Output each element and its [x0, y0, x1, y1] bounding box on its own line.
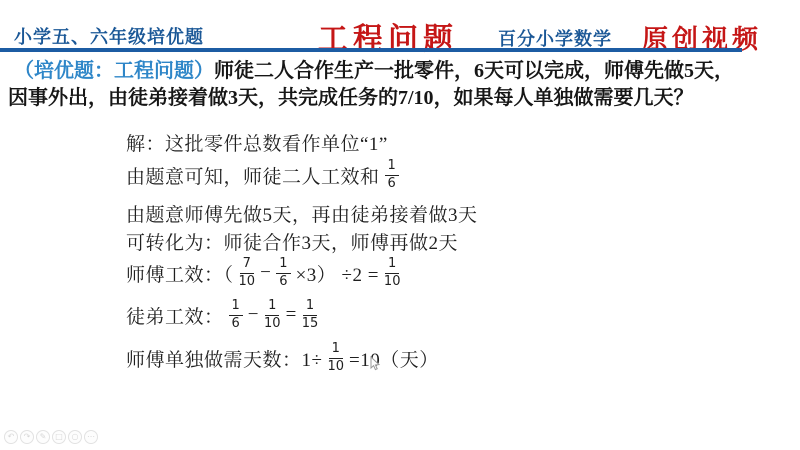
problem-line-2: 因事外出，由徒弟接着做3天，共完成任务的7/10，如果每人单独做需要几天？	[0, 85, 800, 112]
text-segment: 解：这批零件总数看作单位“1”	[126, 129, 388, 156]
text-segment: 天可以完成，师傅先做	[484, 60, 684, 82]
fraction-numerator: 1	[265, 299, 279, 315]
fraction-denominator: 6	[232, 316, 240, 331]
fraction-denominator: 10	[239, 274, 256, 289]
text-segment: 5	[684, 60, 694, 82]
fraction: 16	[385, 159, 399, 191]
header-divider	[0, 48, 742, 52]
annotation-toolbar: ↶ ↷ ✎ □ ○ ⋯	[4, 430, 98, 444]
keyboard-icon[interactable]: □	[52, 430, 66, 444]
course-level-title: 小学五、六年级培优题	[14, 23, 204, 49]
solution-line-efficiency-sum: 由题意可知，师徒二人工效和16	[126, 157, 404, 193]
fraction: 16	[276, 257, 290, 289]
text-segment: 3	[228, 87, 238, 109]
fraction-denominator: 10	[264, 316, 281, 331]
text-segment: 师傅单独做需天数：1÷	[126, 345, 322, 372]
fraction: 115	[302, 299, 319, 331]
text-segment: −	[260, 262, 271, 284]
fraction-denominator: 6	[388, 176, 396, 191]
redo-icon[interactable]: ↷	[20, 430, 34, 444]
lesson-slide: { "colors":{ "header_blue":"#1A5796", "h…	[0, 0, 800, 450]
problem-statement: （培优题：工程问题）师徒二人合作生产一批零件，6天可以完成，师傅先做5天， 因事…	[0, 58, 800, 112]
text-segment: 徒弟工效：	[126, 302, 224, 329]
fraction-denominator: 10	[384, 274, 401, 289]
fraction-denominator: 15	[302, 316, 319, 331]
fraction: 110	[327, 342, 344, 374]
fraction-denominator: 6	[279, 274, 287, 289]
undo-icon[interactable]: ↶	[4, 430, 18, 444]
text-segment: 可转化为：师徒合作3天，师傅再做2天	[126, 228, 458, 255]
solution-line-apprentice-rate: 徒弟工效：16−110=115	[126, 295, 323, 335]
text-segment: ，如果每人单独做需要几天？	[434, 87, 694, 109]
fraction-numerator: 1	[229, 299, 243, 315]
fraction: 110	[264, 299, 281, 331]
text-segment: 师徒二人合作生产一批零件，	[214, 60, 474, 82]
pen-icon[interactable]: ✎	[36, 430, 50, 444]
text-segment: 天，共完成任务的	[238, 87, 398, 109]
text-segment: 6	[474, 60, 484, 82]
text-segment: −	[248, 304, 259, 326]
text-segment: ×3） ÷2 =	[296, 260, 379, 287]
solution-line-master-days: 师傅单独做需天数：1÷110=10（天）	[126, 337, 439, 379]
fraction-numerator: 1	[303, 299, 317, 315]
text-segment: =	[286, 304, 297, 326]
text-segment: 由题意师傅先做5天，再由徒弟接着做3天	[126, 200, 478, 227]
mouse-cursor	[370, 356, 381, 371]
fraction: 710	[239, 257, 256, 289]
text-segment: 7/10	[398, 87, 434, 109]
solution-line-master-rate: 师傅工效：（710−16×3） ÷2 =110	[126, 252, 405, 294]
solution-line-given-days: 由题意师傅先做5天，再由徒弟接着做3天	[126, 200, 478, 227]
fraction: 16	[229, 299, 243, 331]
text-segment: 因事外出，由徒弟接着做	[8, 87, 228, 109]
fraction-numerator: 1	[385, 159, 399, 175]
solution-line-unit: 解：这批零件总数看作单位“1”	[126, 129, 388, 156]
fraction-numerator: 1	[276, 257, 290, 273]
text-segment: =10（天）	[349, 345, 439, 372]
fraction-denominator: 10	[327, 359, 344, 374]
fraction-numerator: 1	[329, 342, 343, 358]
problem-line-1: （培优题：工程问题）师徒二人合作生产一批零件，6天可以完成，师傅先做5天，	[0, 58, 800, 85]
fraction-numerator: 1	[385, 257, 399, 273]
more-icon[interactable]: ⋯	[84, 430, 98, 444]
solution-line-transform: 可转化为：师徒合作3天，师傅再做2天	[126, 228, 458, 255]
text-segment: 师傅工效：（	[126, 260, 234, 287]
text-segment: 天，	[694, 60, 734, 82]
zoom-icon[interactable]: ○	[68, 430, 82, 444]
fraction: 110	[384, 257, 401, 289]
fraction-numerator: 7	[240, 257, 254, 273]
text-segment: 由题意可知，师徒二人工效和	[126, 162, 380, 189]
text-segment: （培优题：工程问题）	[14, 60, 214, 82]
